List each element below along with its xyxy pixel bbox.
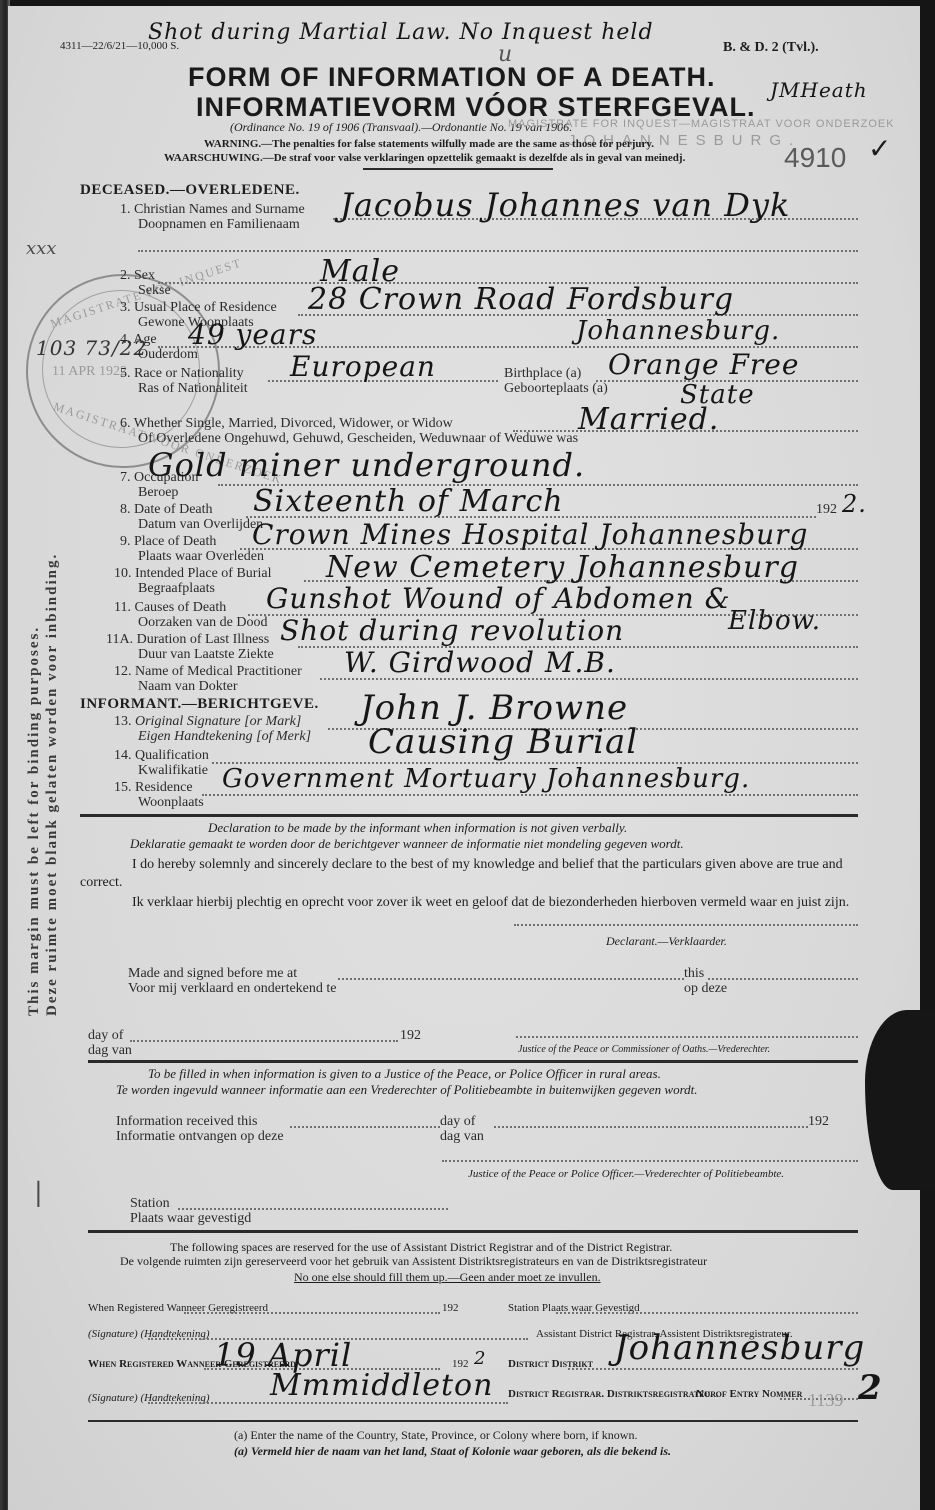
rural-day-of-input[interactable] [494,1126,808,1128]
form-code: B. & D. 2 (Tvl.). [723,40,819,56]
district-value[interactable]: Johannesburg [614,1328,865,1368]
check-mark-icon: ✓ [868,132,891,166]
divider [88,1060,858,1063]
field-15-label: 15. Residence Woonplaats [114,780,204,810]
when-registered-year: 192 [442,1302,459,1314]
declaration-body-en: I do hereby solemnly and sincerely decla… [80,856,864,892]
declarant-signature-line[interactable] [514,924,858,926]
death-form-sheet: Shot during Martial Law. No Inquest held… [8,6,920,1510]
deceased-name-value[interactable]: Jacobus Johannes van Dyk [340,186,790,224]
made-signed-at-input[interactable] [338,978,684,980]
info-received-input[interactable] [290,1126,440,1128]
declaration-body-nl: Ik verklaar hierbij plechtig en oprecht … [80,894,864,912]
field-13-label: 13. Original Signature [or Mark] Eigen H… [114,714,311,744]
age-value[interactable]: 49 years [188,318,317,351]
warning-nl: WAARSCHUWING.—De straf voor valse verkla… [164,152,685,164]
rural-day-of-label: day of dag van [440,1114,484,1144]
occupation-value[interactable]: Gold miner underground. [148,446,585,484]
field-11a-label: 11A. Duration of Last Illness Duur van L… [106,632,274,662]
birthplace-value[interactable]: Orange Free [608,348,799,381]
officer-signature-line[interactable] [442,1160,858,1162]
place-of-death-value[interactable]: Crown Mines Hospital Johannesburg [252,518,808,551]
declaration-year: 192 [400,1028,421,1043]
race-value[interactable]: European [290,350,436,383]
day-of-input[interactable] [130,1040,398,1042]
rural-heading-en: To be filled in when information is give… [148,1066,661,1082]
circle-stamp-date: 11 APR 1922 [52,364,127,380]
justice-label: Justice of the Peace or Commissioner of … [518,1044,770,1055]
field-12-label: 12. Name of Medical Practitioner Naam va… [114,664,302,694]
illness-duration-value[interactable]: Shot during revolution [280,614,624,647]
divider [88,1420,858,1422]
justice-signature-line[interactable] [516,1036,858,1038]
no-one-else-note: No one else should fill them up.—Geen an… [294,1270,601,1285]
binding-note-en: This margin must be left for binding pur… [26,626,43,1016]
field-8-label: 8. Date of Death Datum van Overlijden [120,502,263,532]
birthplace-label: Birthplace (a) Geboorteplaats (a) [504,366,608,396]
annotation-top: Shot during Martial Law. No Inquest held [148,20,654,45]
residence-value[interactable]: 28 Crown Road Fordsburg [308,282,734,317]
district-registrar-label: District Registrar. Distriktsregistrateu… [508,1388,719,1400]
day-of-label: day of dag van [88,1028,132,1058]
this-label: this op deze [684,966,727,996]
burial-place-value[interactable]: New Cemetery Johannesburg [326,550,799,585]
rural-heading-nl: Te worden ingevuld wanneer informatie aa… [116,1082,698,1098]
rural-year: 192 [808,1114,829,1129]
field-5-label: 5. Race or Nationality Ras of Nationalit… [120,366,248,396]
entry-faint-value: 1139 [808,1390,843,1411]
death-year-prefix: 192 [816,502,837,517]
binding-note-nl: Deze ruimte moet blank gelaten worden vo… [44,553,61,1016]
initials-signature: JMHeath [770,78,868,102]
rural-station-input[interactable] [178,1208,448,1210]
print-code: 4311—22/6/21—10,000 S. [60,40,179,52]
registrar-heading-en: The following spaces are reserved for th… [170,1240,672,1255]
informant-section-title: INFORMANT.—BERICHTGEVE. [80,696,319,713]
deceased-section-title: DECEASED.—OVERLEDENE. [80,182,300,199]
field-1-label: 1. Christian Names and Surname Doopnamen… [120,202,305,232]
title-en: FORM OF INFORMATION OF A DEATH. [188,62,715,92]
info-received-label: Information received this Informatie ont… [116,1114,284,1144]
marital-status-value[interactable]: Married. [578,402,719,437]
registrar-station-input[interactable] [556,1312,858,1314]
when-registered-input[interactable] [184,1312,440,1314]
declarant-label: Declarant.—Verklaarder. [606,934,727,949]
stamp-number: 4910 [784,142,846,174]
registered-year-suffix[interactable]: 2 [474,1348,486,1369]
footnote-nl: (a) Vermeld hier de naam van het land, S… [234,1444,671,1459]
this-day-input[interactable] [708,978,858,980]
qualification-value[interactable]: Causing Burial [368,722,638,762]
declaration-heading-en: Declaration to be made by the informant … [208,820,627,836]
divider [88,1230,858,1233]
rural-station-label: Station Plaats waar gevestigd [130,1196,251,1226]
field-14-label: 14. Qualification Kwalifikatie [114,748,209,778]
warning-en: WARNING.—The penalties for false stateme… [204,138,654,150]
field-6-label: 6. Whether Single, Married, Divorced, Wi… [120,416,578,446]
cause-of-death-value[interactable]: Gunshot Wound of Abdomen & [266,582,731,615]
registrar-heading-nl: De volgende ruimten zijn gereserveerd vo… [120,1254,707,1269]
torn-page-edge [865,1010,935,1190]
residence-value-line2[interactable]: Johannesburg. [576,316,780,346]
informant-residence-value[interactable]: Government Mortuary Johannesburg. [222,764,750,794]
pencil-marks: xxx [26,238,56,259]
divider [363,168,553,170]
death-year-suffix[interactable]: 2. [842,490,867,518]
divider [80,814,858,817]
made-signed-label: Made and signed before me at Voor mij ve… [128,966,337,996]
registrar-signature-value[interactable]: Mmmiddleton [270,1368,493,1403]
entry-number-value[interactable]: 2 [858,1368,883,1408]
pencil-mark: | [34,1178,43,1208]
date-of-death-value[interactable]: Sixteenth of March [253,484,564,519]
cause-of-death-value-line2[interactable]: Elbow. [728,606,821,636]
magistrate-stamp-text: MAGISTRATE FOR INQUEST—MAGISTRAAT VOOR O… [508,118,895,130]
field-11-label: 11. Causes of Death Oorzaken van de Dood [114,600,267,630]
footnote-en: (a) Enter the name of the Country, State… [234,1428,637,1443]
declaration-heading-nl: Deklaratie gemaakt te worden door de ber… [130,836,684,852]
field-10-label: 10. Intended Place of Burial Begraafplaa… [114,566,271,596]
medical-practitioner-value[interactable]: W. Girdwood M.B. [344,646,616,679]
officer-label: Justice of the Peace or Police Officer.—… [468,1168,784,1180]
